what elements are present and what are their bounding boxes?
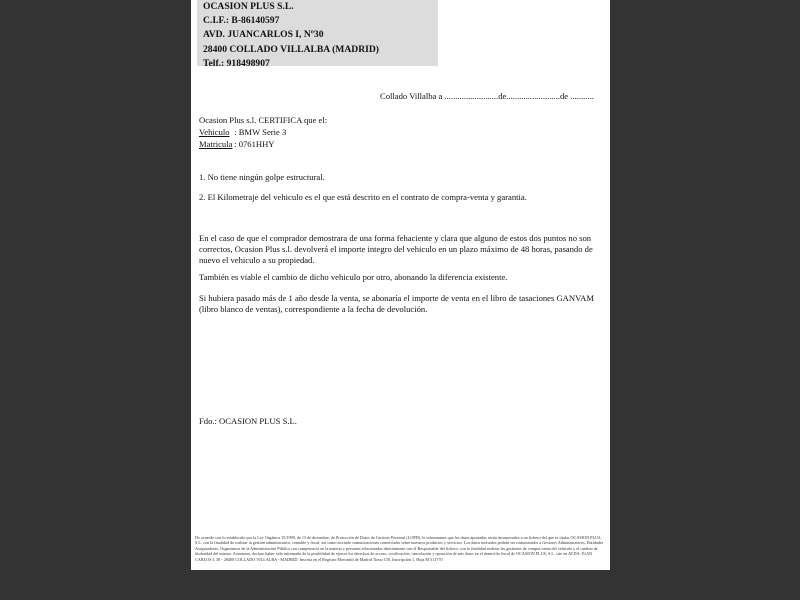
legal-footer: De acuerdo con lo establecido por la Ley… (195, 535, 605, 562)
company-phone: Telf.: 918498907 (203, 57, 438, 71)
vehiculo-label: Vehiculo (199, 127, 232, 138)
company-address: AVD. JUANCARLOS I, Nº30 (203, 28, 438, 42)
point-2: 2. El Kilometraje del vehiculo es el que… (199, 192, 527, 203)
paragraph-ganvam: Si hubiera pasado más de 1 año desde la … (199, 293, 604, 315)
document-page: OCASION PLUS S.L. C.I.F.: B-86140597 AVD… (191, 0, 610, 570)
paragraph-exchange: También es viable el cambio de dicho veh… (199, 272, 604, 283)
company-header-box: OCASION PLUS S.L. C.I.F.: B-86140597 AVD… (197, 0, 438, 66)
company-name: OCASION PLUS S.L. (203, 0, 438, 14)
company-city: 28400 COLLADO VILLALBA (MADRID) (203, 43, 438, 57)
company-cif: C.I.F.: B-86140597 (203, 14, 438, 28)
certifica-line: Ocasion Plus s.l. CERTIFICA que el: (199, 115, 327, 126)
matricula-row: Matricula : 0761HHY (199, 139, 275, 150)
date-line: Collado Villalba a .....................… (380, 91, 594, 102)
vehiculo-value: : BMW Serie 3 (234, 127, 286, 137)
signature-line: Fdo.: OCASION PLUS S.L. (199, 416, 297, 427)
paragraph-refund: En el caso de que el comprador demostrar… (199, 233, 604, 266)
matricula-label: Matricula (199, 139, 232, 150)
matricula-value: : 0761HHY (234, 139, 274, 149)
vehicle-row: Vehiculo : BMW Serie 3 (199, 127, 286, 138)
point-1: 1. No tiene ningún golpe estructural. (199, 172, 325, 183)
